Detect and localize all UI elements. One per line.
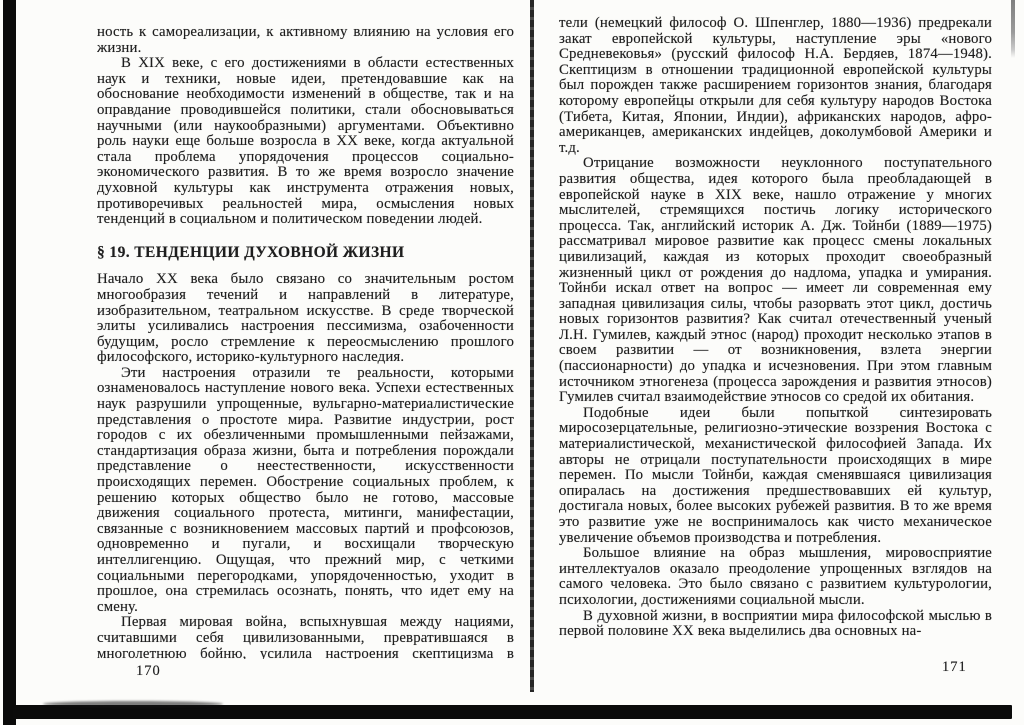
paragraph: Отрицание возможности неуклонного поступ…	[559, 156, 992, 406]
book-spread-scan: ность к самореализации, к активному влия…	[0, 0, 1024, 725]
paragraph: Большое влияние на образ мышления, миров…	[559, 546, 992, 608]
scan-edge-bottom-bar	[13, 705, 1012, 719]
page-right: тели (немецкий философ О. Шпенглер, 1880…	[559, 16, 992, 652]
paragraph: Эти настроения отразили те реальности, к…	[97, 366, 514, 616]
paragraph: В XIX веке, с его достижениями в области…	[97, 56, 514, 228]
paragraph: Подобные идеи были попыткой синтезироват…	[559, 406, 992, 546]
scan-artifact-top-right	[1011, 0, 1015, 58]
page-number-left: 170	[136, 663, 161, 680]
paragraph-continuation: тели (немецкий философ О. Шпенглер, 1880…	[559, 16, 992, 156]
paragraph: В духовной жизни, в восприятии мира фило…	[559, 609, 992, 640]
page-left: ность к самореализации, к активному влия…	[97, 25, 514, 659]
section-heading: § 19. ТЕНДЕНЦИИ ДУХОВНОЙ ЖИЗНИ	[97, 245, 514, 261]
paragraph-continuation: ность к самореализации, к активному влия…	[97, 25, 514, 56]
paragraph: Первая мировая война, вспыхнувшая между …	[97, 615, 514, 659]
page-gutter-shadow	[530, 0, 534, 692]
page-number-right: 171	[942, 659, 967, 676]
scan-edge-left-bar	[3, 0, 16, 725]
paragraph: Начало XX века было связано со значитель…	[97, 272, 514, 366]
